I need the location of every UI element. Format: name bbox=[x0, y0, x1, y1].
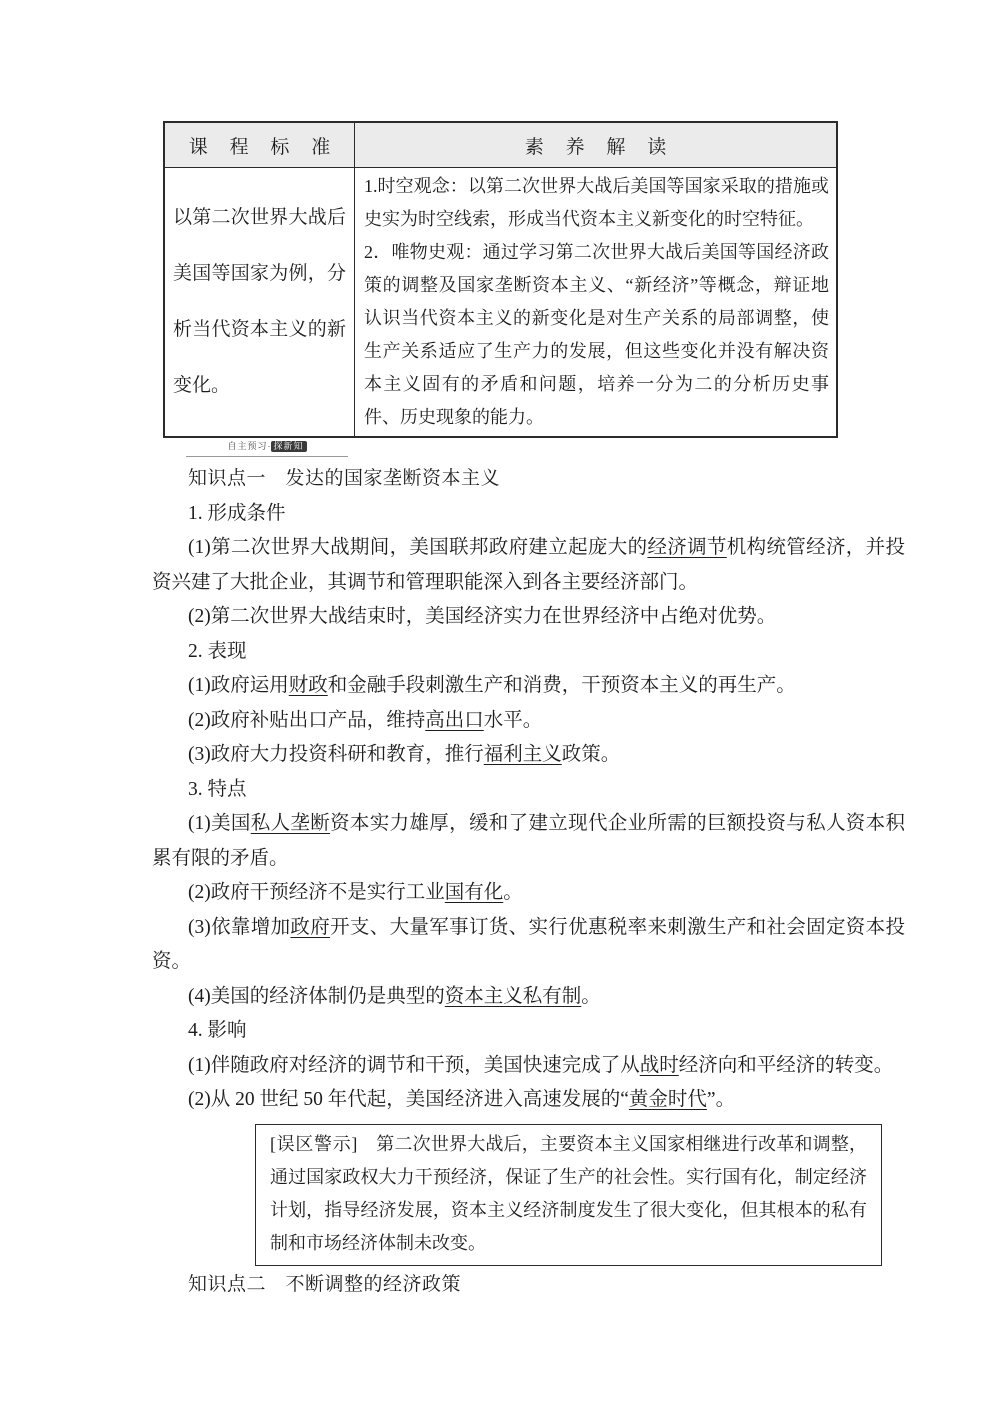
item-4-heading: 4. 影响 bbox=[152, 1014, 905, 1049]
table-header-interpretation: 素 养 解 读 bbox=[355, 123, 836, 168]
para-formation-2: (2)第二次世界大战结束时，美国经济实力在世界经济中占绝对优势。 bbox=[152, 600, 905, 635]
table-header-course-standard: 课 程 标 准 bbox=[165, 123, 355, 168]
section-banner: 自主预习·探新知 bbox=[186, 436, 348, 457]
para-feature-2: (2)政府干预经济不是实行工业国有化。 bbox=[152, 876, 905, 911]
para-manifestation-2: (2)政府补贴出口产品，维持高出口水平。 bbox=[152, 704, 905, 739]
course-standard-cell: 以第二次世界大战后美国等国家为例，分析当代资本主义的新变化。 bbox=[165, 168, 355, 436]
para-formation-1: (1)第二次世界大战期间，美国联邦政府建立起庞大的经济调节机构统管经济，并投资兴… bbox=[152, 531, 905, 600]
para-impact-2: (2)从 20 世纪 50 年代起，美国经济进入高速发展的“黄金时代”。 bbox=[152, 1083, 905, 1118]
interpretation-cell: 1.时空观念：以第二次世界大战后美国等国家采取的措施或史实为时空线索，形成当代资… bbox=[355, 168, 836, 436]
textbook-page: 课 程 标 准 素 养 解 读 以第二次世界大战后美国等国家为例，分析当代资本主… bbox=[0, 0, 1000, 1414]
warning-box: [误区警示] 第二次世界大战后，主要资本主义国家相继进行改革和调整，通过国家政权… bbox=[255, 1124, 882, 1266]
main-content: 知识点一 发达的国家垄断资本主义1. 形成条件(1)第二次世界大战期间，美国联邦… bbox=[152, 462, 905, 1302]
item-1-heading: 1. 形成条件 bbox=[152, 497, 905, 532]
warning-box-label: [误区警示] bbox=[270, 1134, 358, 1154]
course-standard-table: 课 程 标 准 素 养 解 读 以第二次世界大战后美国等国家为例，分析当代资本主… bbox=[163, 121, 838, 438]
para-feature-4: (4)美国的经济体制仍是典型的资本主义私有制。 bbox=[152, 980, 905, 1015]
warning-box-spacer bbox=[358, 1134, 376, 1154]
interpretation-item-1: 1.时空观念：以第二次世界大战后美国等国家采取的措施或史实为时空线索，形成当代资… bbox=[364, 170, 829, 236]
interpretation-item-2: 2．唯物史观：通过学习第二次世界大战后美国等国经济政策的调整及国家垄断资本主义、… bbox=[364, 236, 829, 434]
para-manifestation-3: (3)政府大力投资科研和教育，推行福利主义政策。 bbox=[152, 738, 905, 773]
item-2-heading: 2. 表现 bbox=[152, 635, 905, 670]
para-feature-3: (3)依靠增加政府开支、大量军事订货、实行优惠税率来刺激生产和社会固定资本投资。 bbox=[152, 911, 905, 980]
warning-box-text: [误区警示] 第二次世界大战后，主要资本主义国家相继进行改革和调整，通过国家政权… bbox=[270, 1128, 867, 1260]
para-feature-1: (1)美国私人垄断资本实力雄厚，缓和了建立现代企业所需的巨额投资与私人资本积累有… bbox=[152, 807, 905, 876]
para-impact-1: (1)伴随政府对经济的调节和干预，美国快速完成了从战时经济向和平经济的转变。 bbox=[152, 1049, 905, 1084]
knowledge-point-2-heading: 知识点二 不断调整的经济政策 bbox=[152, 1268, 905, 1303]
knowledge-point-1-heading: 知识点一 发达的国家垄断资本主义 bbox=[152, 462, 905, 497]
para-manifestation-1: (1)政府运用财政和金融手段刺激生产和消费，干预资本主义的再生产。 bbox=[152, 669, 905, 704]
course-standard-text: 以第二次世界大战后美国等国家为例，分析当代资本主义的新变化。 bbox=[173, 190, 346, 414]
item-3-heading: 3. 特点 bbox=[152, 773, 905, 808]
banner-badge: 探新知 bbox=[271, 441, 307, 452]
paragraph-list: 知识点一 发达的国家垄断资本主义1. 形成条件(1)第二次世界大战期间，美国联邦… bbox=[152, 462, 905, 1118]
banner-prefix-text: 自主预习 bbox=[227, 441, 267, 451]
